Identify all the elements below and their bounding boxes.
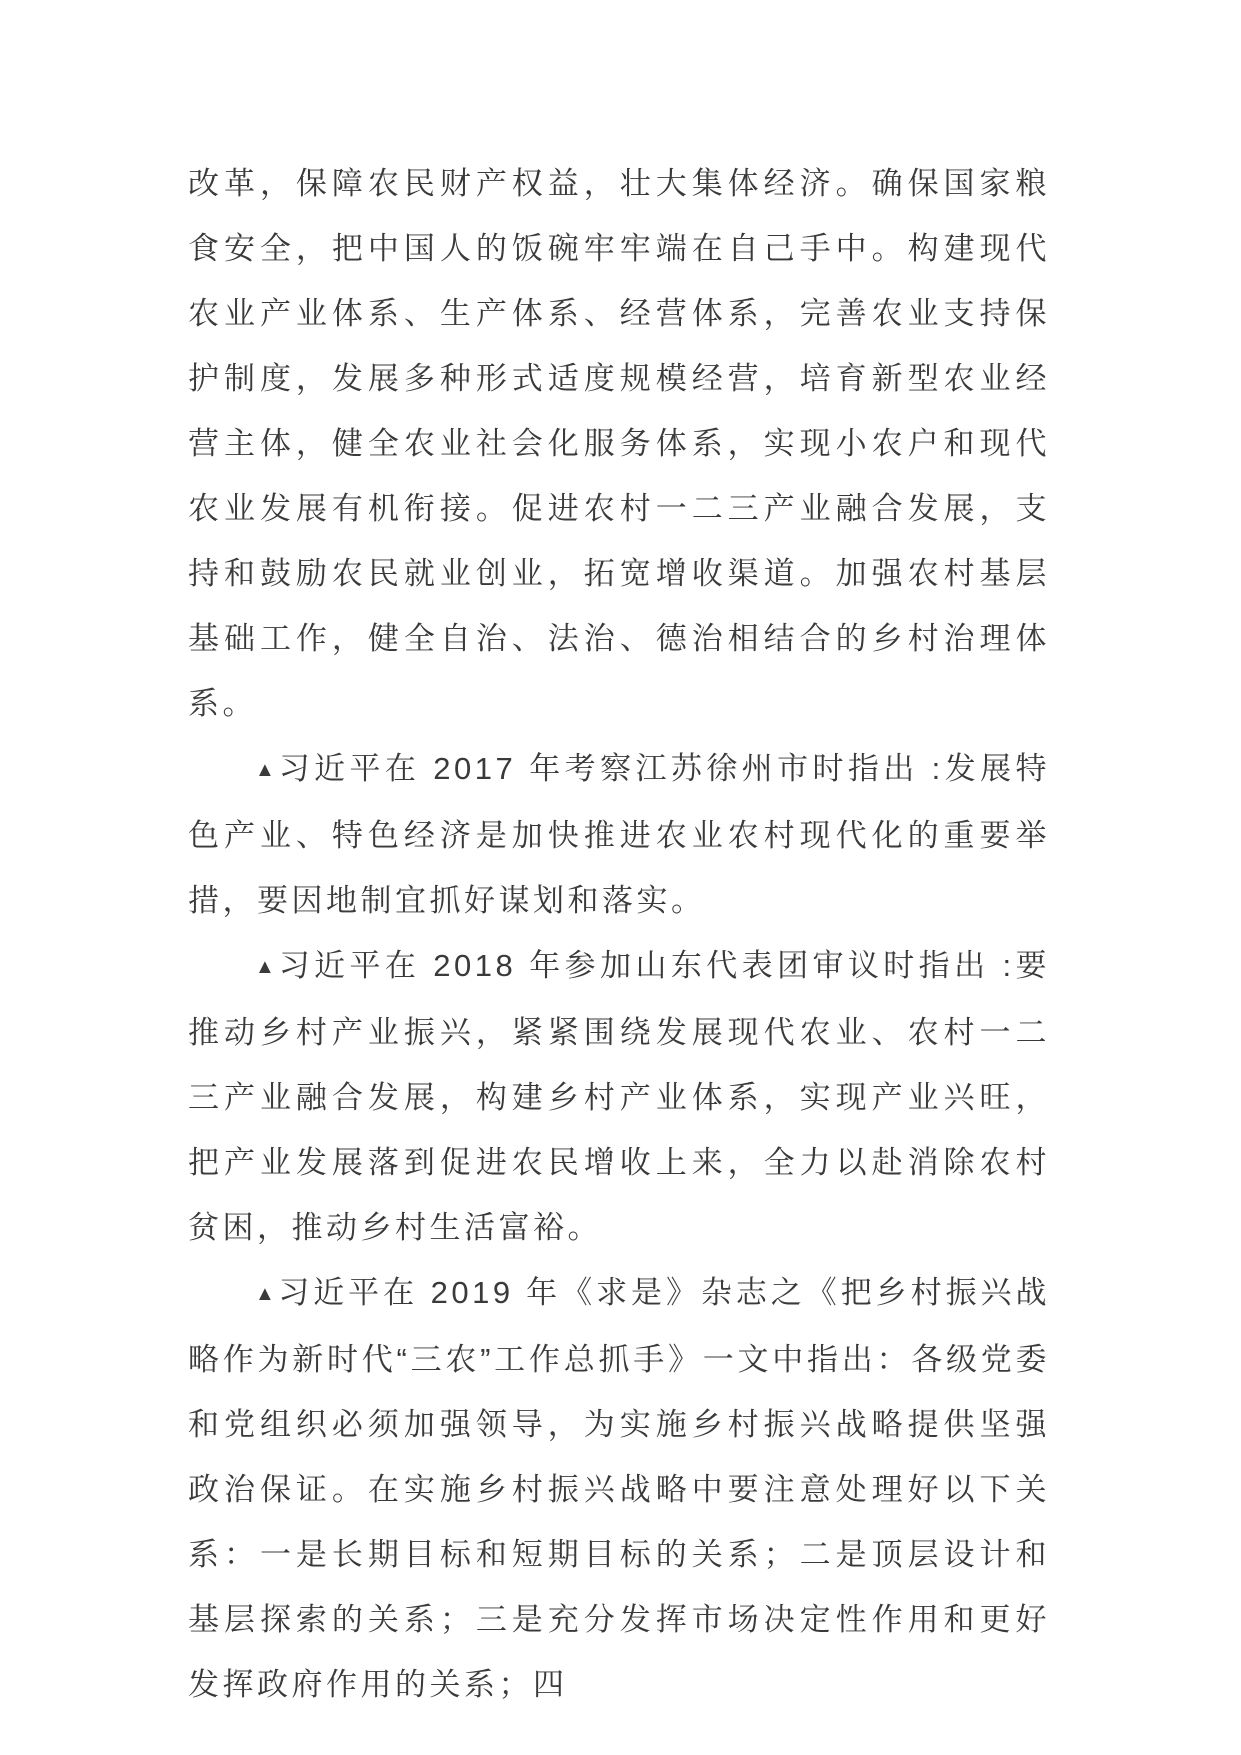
paragraph-quote-2017: ▲习近平在 2017 年考察江苏徐州市时指出 :发展特色产业、特色经济是加快推进… [188,736,1050,933]
paragraph-quote-2019: ▲习近平在 2019 年《求是》杂志之《把乡村振兴战略作为新时代“三农”工作总抓… [188,1260,1050,1717]
triangle-bullet-icon: ▲ [255,956,277,978]
paragraph-continuation: 改革，保障农民财产权益，壮大集体经济。确保国家粮食安全，把中国人的饭碗牢牢端在自… [188,151,1050,736]
document-page: 改革，保障农民财产权益，壮大集体经济。确保国家粮食安全，把中国人的饭碗牢牢端在自… [0,0,1241,1755]
paragraph-text: 习近平在 2019 年《求是》杂志之《把乡村振兴战略作为新时代“三农”工作总抓手… [188,1275,1050,1702]
paragraph-quote-2018: ▲习近平在 2018 年参加山东代表团审议时指出 :要推动乡村产业振兴，紧紧围绕… [188,933,1050,1260]
document-text-block: 改革，保障农民财产权益，壮大集体经济。确保国家粮食安全，把中国人的饭碗牢牢端在自… [188,151,1050,1717]
triangle-bullet-icon: ▲ [255,1283,276,1305]
paragraph-text: 习近平在 2017 年考察江苏徐州市时指出 :发展特色产业、特色经济是加快推进农… [188,751,1050,918]
triangle-bullet-icon: ▲ [255,759,277,781]
paragraph-text: 改革，保障农民财产权益，壮大集体经济。确保国家粮食安全，把中国人的饭碗牢牢端在自… [188,166,1050,721]
paragraph-text: 习近平在 2018 年参加山东代表团审议时指出 :要推动乡村产业振兴，紧紧围绕发… [188,948,1050,1245]
